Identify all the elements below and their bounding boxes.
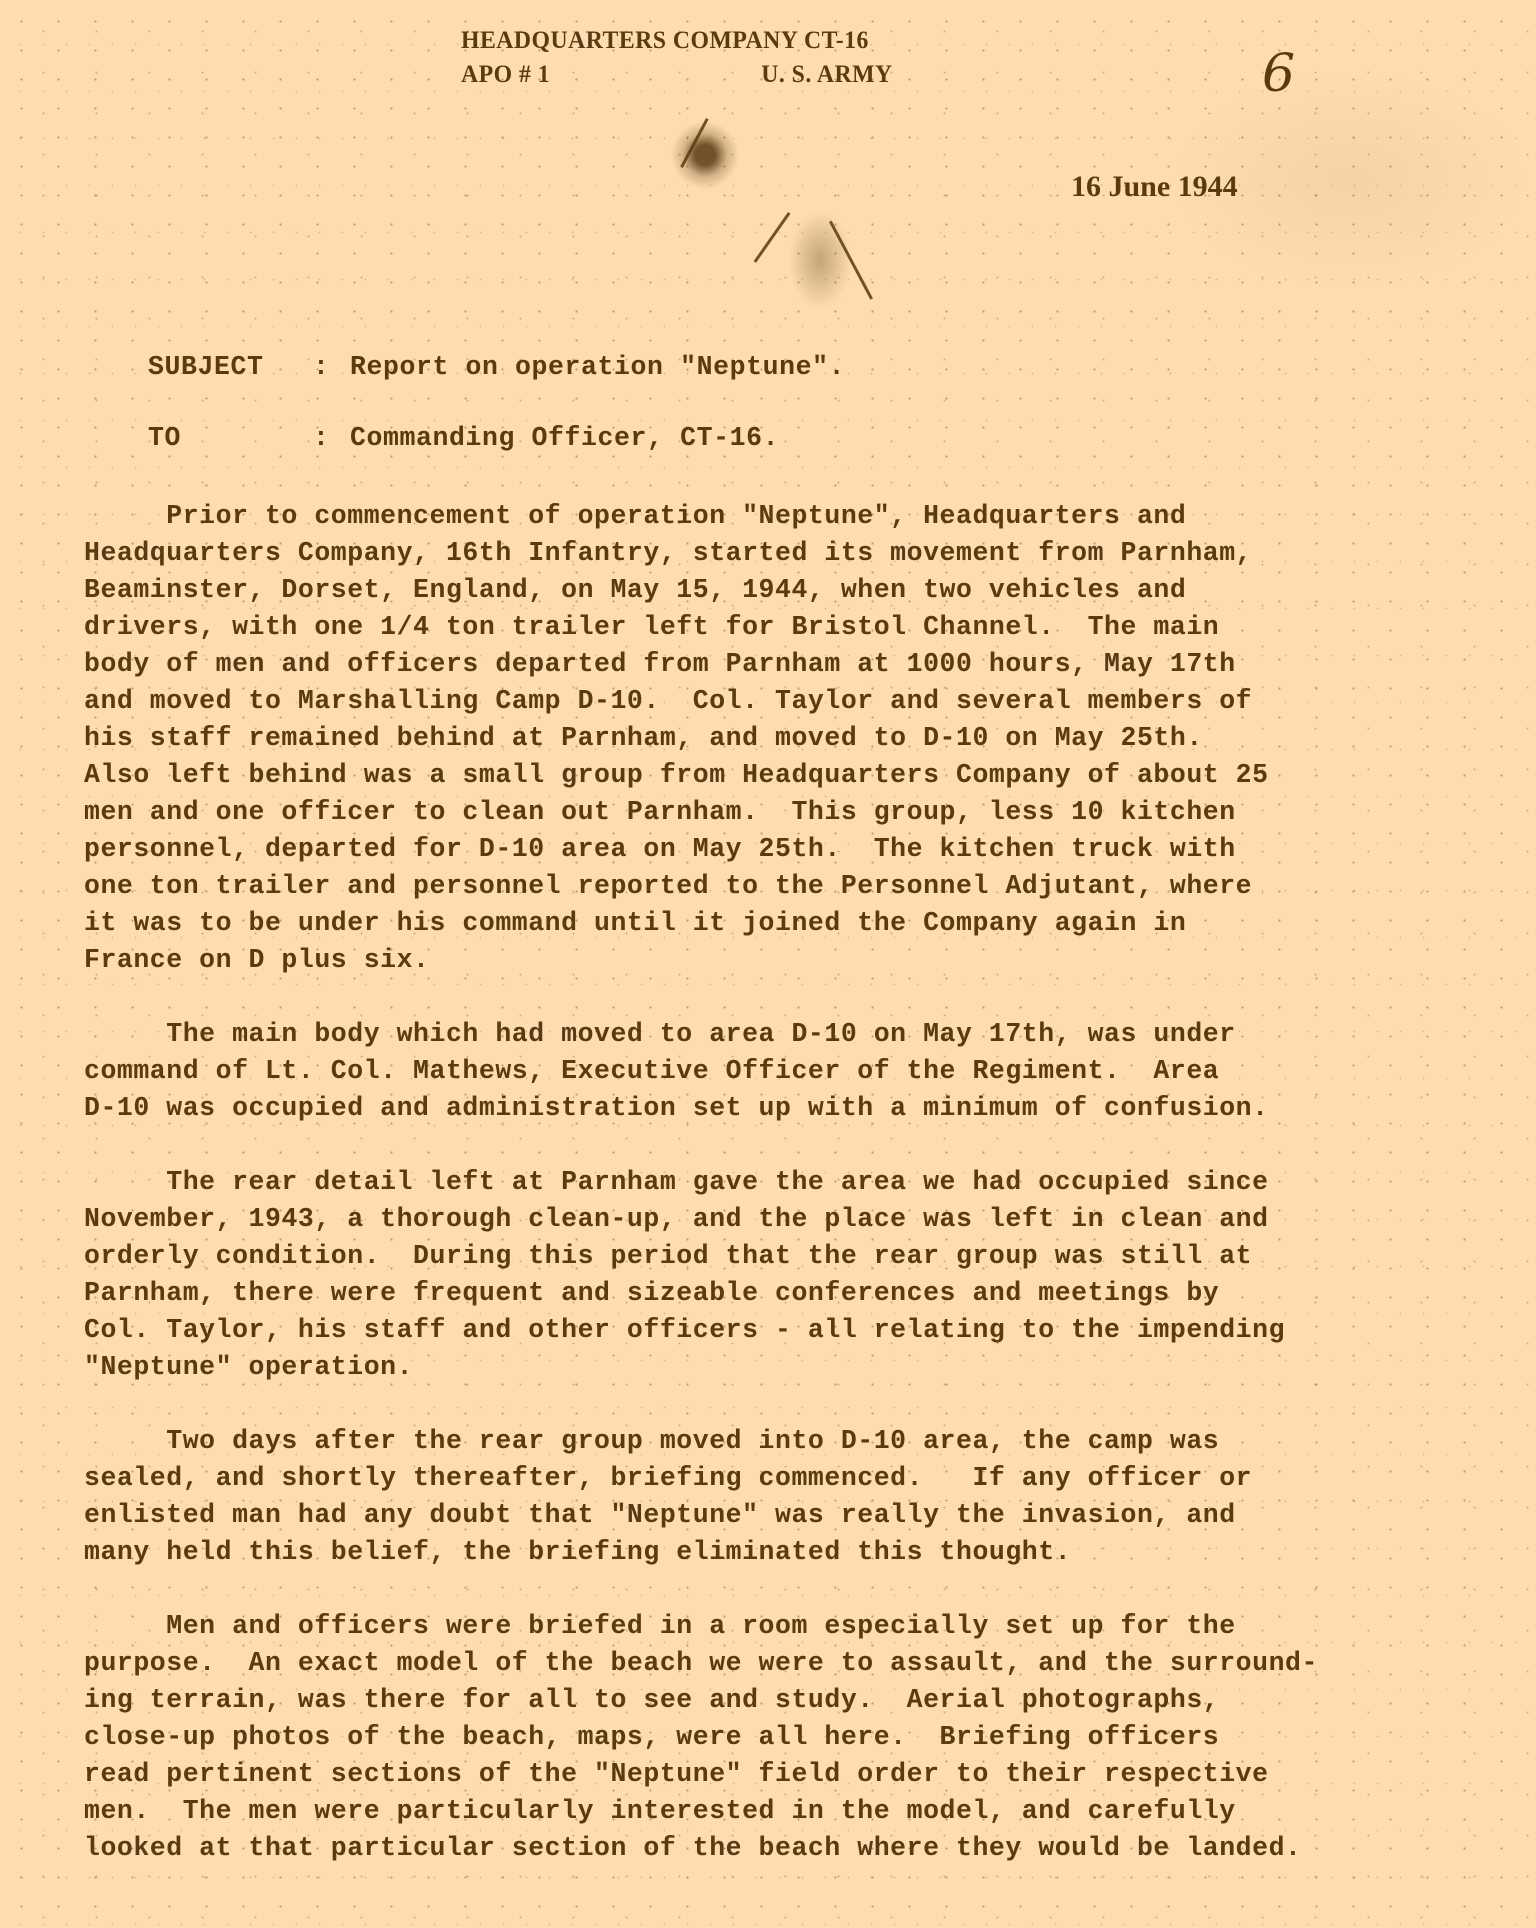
subject-label: SUBJECT: [148, 352, 313, 382]
to-line: TO:Commanding Officer, CT-16.: [82, 393, 779, 483]
text-line: drivers, with one 1/4 ton trailer left f…: [84, 609, 1504, 646]
text-line: Men and officers were briefed in a room …: [84, 1608, 1504, 1645]
to-value: Commanding Officer, CT-16.: [350, 423, 779, 453]
paragraph: The main body which had moved to area D-…: [84, 1016, 1504, 1127]
text-line: Col. Taylor, his staff and other officer…: [84, 1312, 1504, 1349]
text-line: orderly condition. During this period th…: [84, 1238, 1504, 1275]
text-line: Beaminster, Dorset, England, on May 15, …: [84, 572, 1504, 609]
text-line: many held this belief, the briefing elim…: [84, 1534, 1504, 1571]
subject-value: Report on operation "Neptune".: [350, 352, 845, 382]
text-line: looked at that particular section of the…: [84, 1830, 1504, 1867]
text-line: men and one officer to clean out Parnham…: [84, 794, 1504, 831]
text-line: it was to be under his command until it …: [84, 905, 1504, 942]
text-line: enlisted man had any doubt that "Neptune…: [84, 1497, 1504, 1534]
paragraph: Prior to commencement of operation "Nept…: [84, 498, 1504, 979]
to-label: TO: [148, 423, 313, 453]
text-line: sealed, and shortly thereafter, briefing…: [84, 1460, 1504, 1497]
paragraph: The rear detail left at Parnham gave the…: [84, 1164, 1504, 1386]
subject-colon: :: [313, 352, 350, 382]
paragraph: Men and officers were briefed in a room …: [84, 1608, 1504, 1867]
text-line: purpose. An exact model of the beach we …: [84, 1645, 1504, 1682]
document-page: 6 HEADQUARTERS COMPANY CT-16 APO # 1 U. …: [0, 0, 1536, 1928]
text-line: Parnham, there were frequent and sizeabl…: [84, 1275, 1504, 1312]
to-colon: :: [313, 423, 350, 453]
letterhead: HEADQUARTERS COMPANY CT-16 APO # 1 U. S.…: [461, 24, 893, 92]
text-line: November, 1943, a thorough clean-up, and…: [84, 1201, 1504, 1238]
text-line: and moved to Marshalling Camp D-10. Col.…: [84, 683, 1504, 720]
text-line: France on D plus six.: [84, 942, 1504, 979]
letterhead-row2: APO # 1 U. S. ARMY: [461, 58, 893, 92]
letterhead-apo: APO # 1: [461, 58, 761, 92]
paragraph: Two days after the rear group moved into…: [84, 1423, 1504, 1571]
text-line: Two days after the rear group moved into…: [84, 1423, 1504, 1460]
text-line: Prior to commencement of operation "Nept…: [84, 498, 1504, 535]
text-line: Headquarters Company, 16th Infantry, sta…: [84, 535, 1504, 572]
text-line: D-10 was occupied and administration set…: [84, 1090, 1504, 1127]
text-line: his staff remained behind at Parnham, an…: [84, 720, 1504, 757]
text-line: ing terrain, was there for all to see an…: [84, 1682, 1504, 1719]
text-line: "Neptune" operation.: [84, 1349, 1504, 1386]
text-line: read pertinent sections of the "Neptune"…: [84, 1756, 1504, 1793]
fold-mark: [754, 212, 791, 263]
document-date: 16 June 1944: [1071, 170, 1238, 204]
text-line: close-up photos of the beach, maps, were…: [84, 1719, 1504, 1756]
fold-mark: [829, 221, 873, 300]
text-line: personnel, departed for D-10 area on May…: [84, 831, 1504, 868]
fold-mark: [680, 118, 708, 168]
handwritten-page-number: 6: [1262, 44, 1295, 104]
text-line: body of men and officers departed from P…: [84, 646, 1504, 683]
text-line: men. The men were particularly intereste…: [84, 1793, 1504, 1830]
text-line: The main body which had moved to area D-…: [84, 1016, 1504, 1053]
letterhead-unit: HEADQUARTERS COMPANY CT-16: [461, 24, 893, 58]
text-line: The rear detail left at Parnham gave the…: [84, 1164, 1504, 1201]
text-line: Also left behind was a small group from …: [84, 757, 1504, 794]
letterhead-army: U. S. ARMY: [761, 58, 892, 92]
text-line: one ton trailer and personnel reported t…: [84, 868, 1504, 905]
text-line: command of Lt. Col. Mathews, Executive O…: [84, 1053, 1504, 1090]
report-body: Prior to commencement of operation "Nept…: [84, 498, 1504, 1904]
